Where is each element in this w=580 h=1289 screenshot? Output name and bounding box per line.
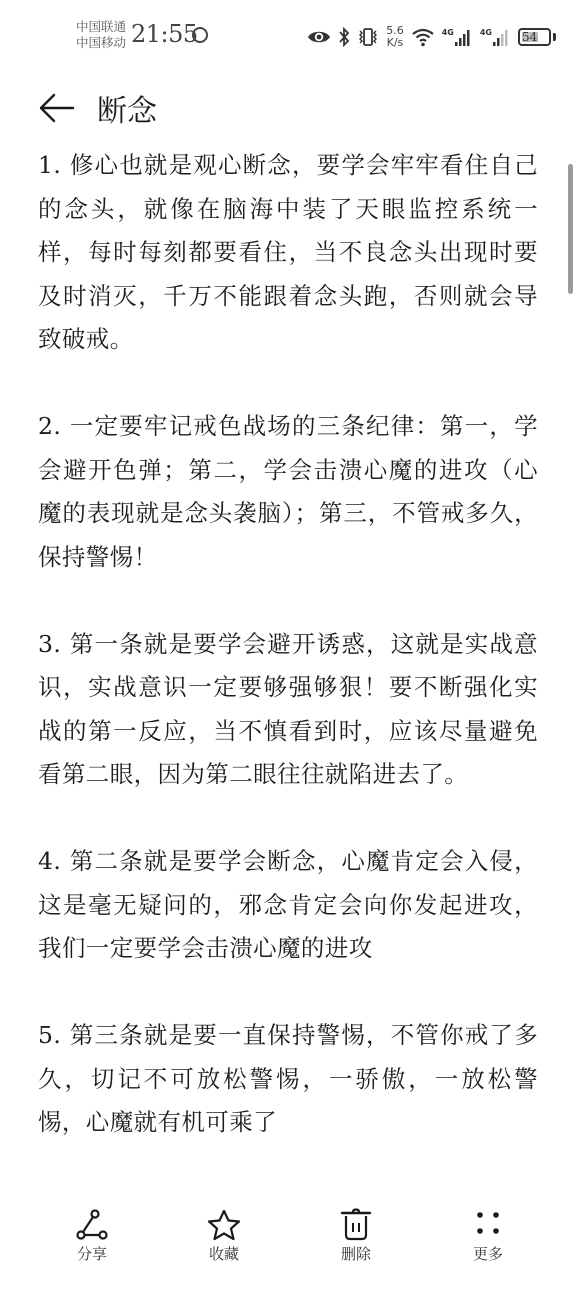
sim2-network-type: 4G bbox=[480, 28, 492, 37]
clock: 21:55 bbox=[131, 20, 198, 48]
network-speed: 5.6 K/s bbox=[386, 25, 404, 49]
note-paragraph-3: 3. 第一条就是要学会避开诱惑，这就是实战意识，实战意识一定要够强够狠！要不断强… bbox=[38, 623, 538, 797]
bottom-action-bar: 分享 收藏 删除 更多 bbox=[0, 1208, 580, 1288]
wifi-icon bbox=[411, 27, 435, 47]
carrier-1: 中国联通 bbox=[76, 19, 126, 35]
status-icons: 5.6 K/s 4G 4G bbox=[307, 22, 556, 52]
more-button[interactable]: 更多 bbox=[448, 1208, 528, 1264]
share-label: 分享 bbox=[52, 1243, 132, 1264]
eye-icon bbox=[307, 29, 331, 45]
sim1-signal: 4G bbox=[442, 28, 473, 46]
page-title: 断念 bbox=[97, 86, 157, 130]
arrow-left-icon bbox=[36, 88, 76, 128]
status-bar: 中国联通 中国移动 21:55 5.6 K/s 4G bbox=[0, 0, 580, 68]
scrollbar[interactable] bbox=[568, 164, 573, 294]
note-paragraph-4: 4. 第二条就是要学会断念，心魔肯定会入侵，这是毫无疑问的，邪念肯定会向你发起进… bbox=[38, 840, 538, 971]
share-button[interactable]: 分享 bbox=[52, 1208, 132, 1264]
title-bar: 断念 bbox=[0, 80, 580, 136]
note-paragraph-5: 5. 第三条就是要一直保持警惕，不管你戒了多久，切记不可放松警惕，一骄傲，一放松… bbox=[38, 1014, 538, 1145]
bluetooth-icon bbox=[338, 27, 350, 47]
carrier-2: 中国移动 bbox=[76, 35, 126, 51]
note-content: 1. 修心也就是观心断念，要学会牢牢看住自己的念头，就像在脑海中装了天眼监控系统… bbox=[38, 144, 538, 1145]
battery-level: 54 bbox=[522, 30, 537, 44]
trash-icon bbox=[336, 1208, 376, 1242]
battery-icon: 54 bbox=[518, 28, 551, 46]
more-label: 更多 bbox=[448, 1243, 528, 1264]
note-paragraph-2: 2. 一定要牢记戒色战场的三条纪律：第一，学会避开色弹；第二，学会击溃心魔的进攻… bbox=[38, 405, 538, 579]
star-icon bbox=[204, 1208, 244, 1242]
vibrate-icon bbox=[357, 27, 379, 47]
carrier-info: 中国联通 中国移动 bbox=[76, 19, 126, 51]
delete-button[interactable]: 删除 bbox=[316, 1208, 396, 1264]
sim2-signal: 4G bbox=[480, 28, 511, 46]
delete-label: 删除 bbox=[316, 1243, 396, 1264]
signal-icon bbox=[493, 28, 511, 46]
more-icon bbox=[468, 1208, 508, 1242]
share-icon bbox=[72, 1208, 112, 1242]
sim1-network-type: 4G bbox=[442, 28, 454, 37]
battery-tip bbox=[553, 33, 556, 41]
signal-icon bbox=[455, 28, 473, 46]
favorite-button[interactable]: 收藏 bbox=[184, 1208, 264, 1264]
back-button[interactable] bbox=[36, 88, 76, 128]
note-paragraph-1: 1. 修心也就是观心断念，要学会牢牢看住自己的念头，就像在脑海中装了天眼监控系统… bbox=[38, 144, 538, 362]
sync-icon bbox=[192, 27, 208, 43]
network-speed-unit: K/s bbox=[386, 37, 404, 49]
favorite-label: 收藏 bbox=[184, 1243, 264, 1264]
